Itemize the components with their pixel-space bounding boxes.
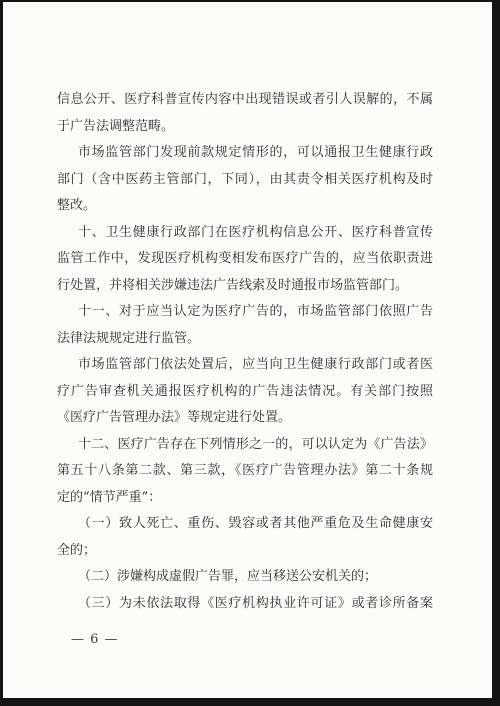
text-line: 十一、对于应当认定为医疗广告的，市场监管部门依照广告 — [57, 299, 433, 326]
text-line: 整改。 — [57, 193, 433, 220]
text-line: 全的； — [57, 538, 433, 565]
text-line: 部门（含中医药主管部门，下同），由其责令相关医疗机构及时 — [57, 167, 433, 194]
text-line: 监管工作中，发现医疗机构变相发布医疗广告的，应当依职责进 — [57, 246, 433, 273]
text-line: 行处置，并将相关涉嫌违法广告线索及时通报市场监管部门。 — [57, 273, 433, 300]
text-line: 信息公开、医疗科普宣传内容中出现错误或者引人误解的，不属 — [57, 87, 433, 114]
page-number: — 6 — — [71, 630, 119, 650]
text-line: 于广告法调整范畴。 — [57, 114, 433, 141]
text-line: 市场监管部门发现前款规定情形的，可以通报卫生健康行政 — [57, 140, 433, 167]
document-text-block: 信息公开、医疗科普宣传内容中出现错误或者引人误解的，不属 于广告法调整范畴。 市… — [57, 87, 433, 617]
text-line: 疗广告审查机关通报医疗机构的广告违法情况。有关部门按照 — [57, 379, 433, 406]
text-line: （三）为未依法取得《医疗机构执业许可证》或者诊所备案 — [57, 591, 433, 618]
text-line: 市场监管部门依法处置后，应当向卫生健康行政部门或者医 — [57, 352, 433, 379]
scanned-document: { "document": { "lines": [ "信息公开、医疗科普宣传内… — [0, 0, 500, 706]
text-line: 十二、医疗广告存在下列情形之一的，可以认定为《广告法》 — [57, 432, 433, 459]
text-line: 法律法规规定进行监管。 — [57, 326, 433, 353]
text-line: 十、卫生健康行政部门在医疗机构信息公开、医疗科普宣传 — [57, 220, 433, 247]
text-line: 《医疗广告管理办法》等规定进行处置。 — [57, 405, 433, 432]
text-line: （二）涉嫌构成虚假广告罪，应当移送公安机关的； — [57, 564, 433, 591]
text-line: 第五十八条第二款、第三款，《医疗广告管理办法》第二十条规 — [57, 458, 433, 485]
text-line: 定的“情节严重”： — [57, 485, 433, 512]
text-line: （一）致人死亡、重伤、毁容或者其他严重危及生命健康安 — [57, 511, 433, 538]
document-page: 信息公开、医疗科普宣传内容中出现错误或者引人误解的，不属 于广告法调整范畴。 市… — [3, 2, 492, 698]
